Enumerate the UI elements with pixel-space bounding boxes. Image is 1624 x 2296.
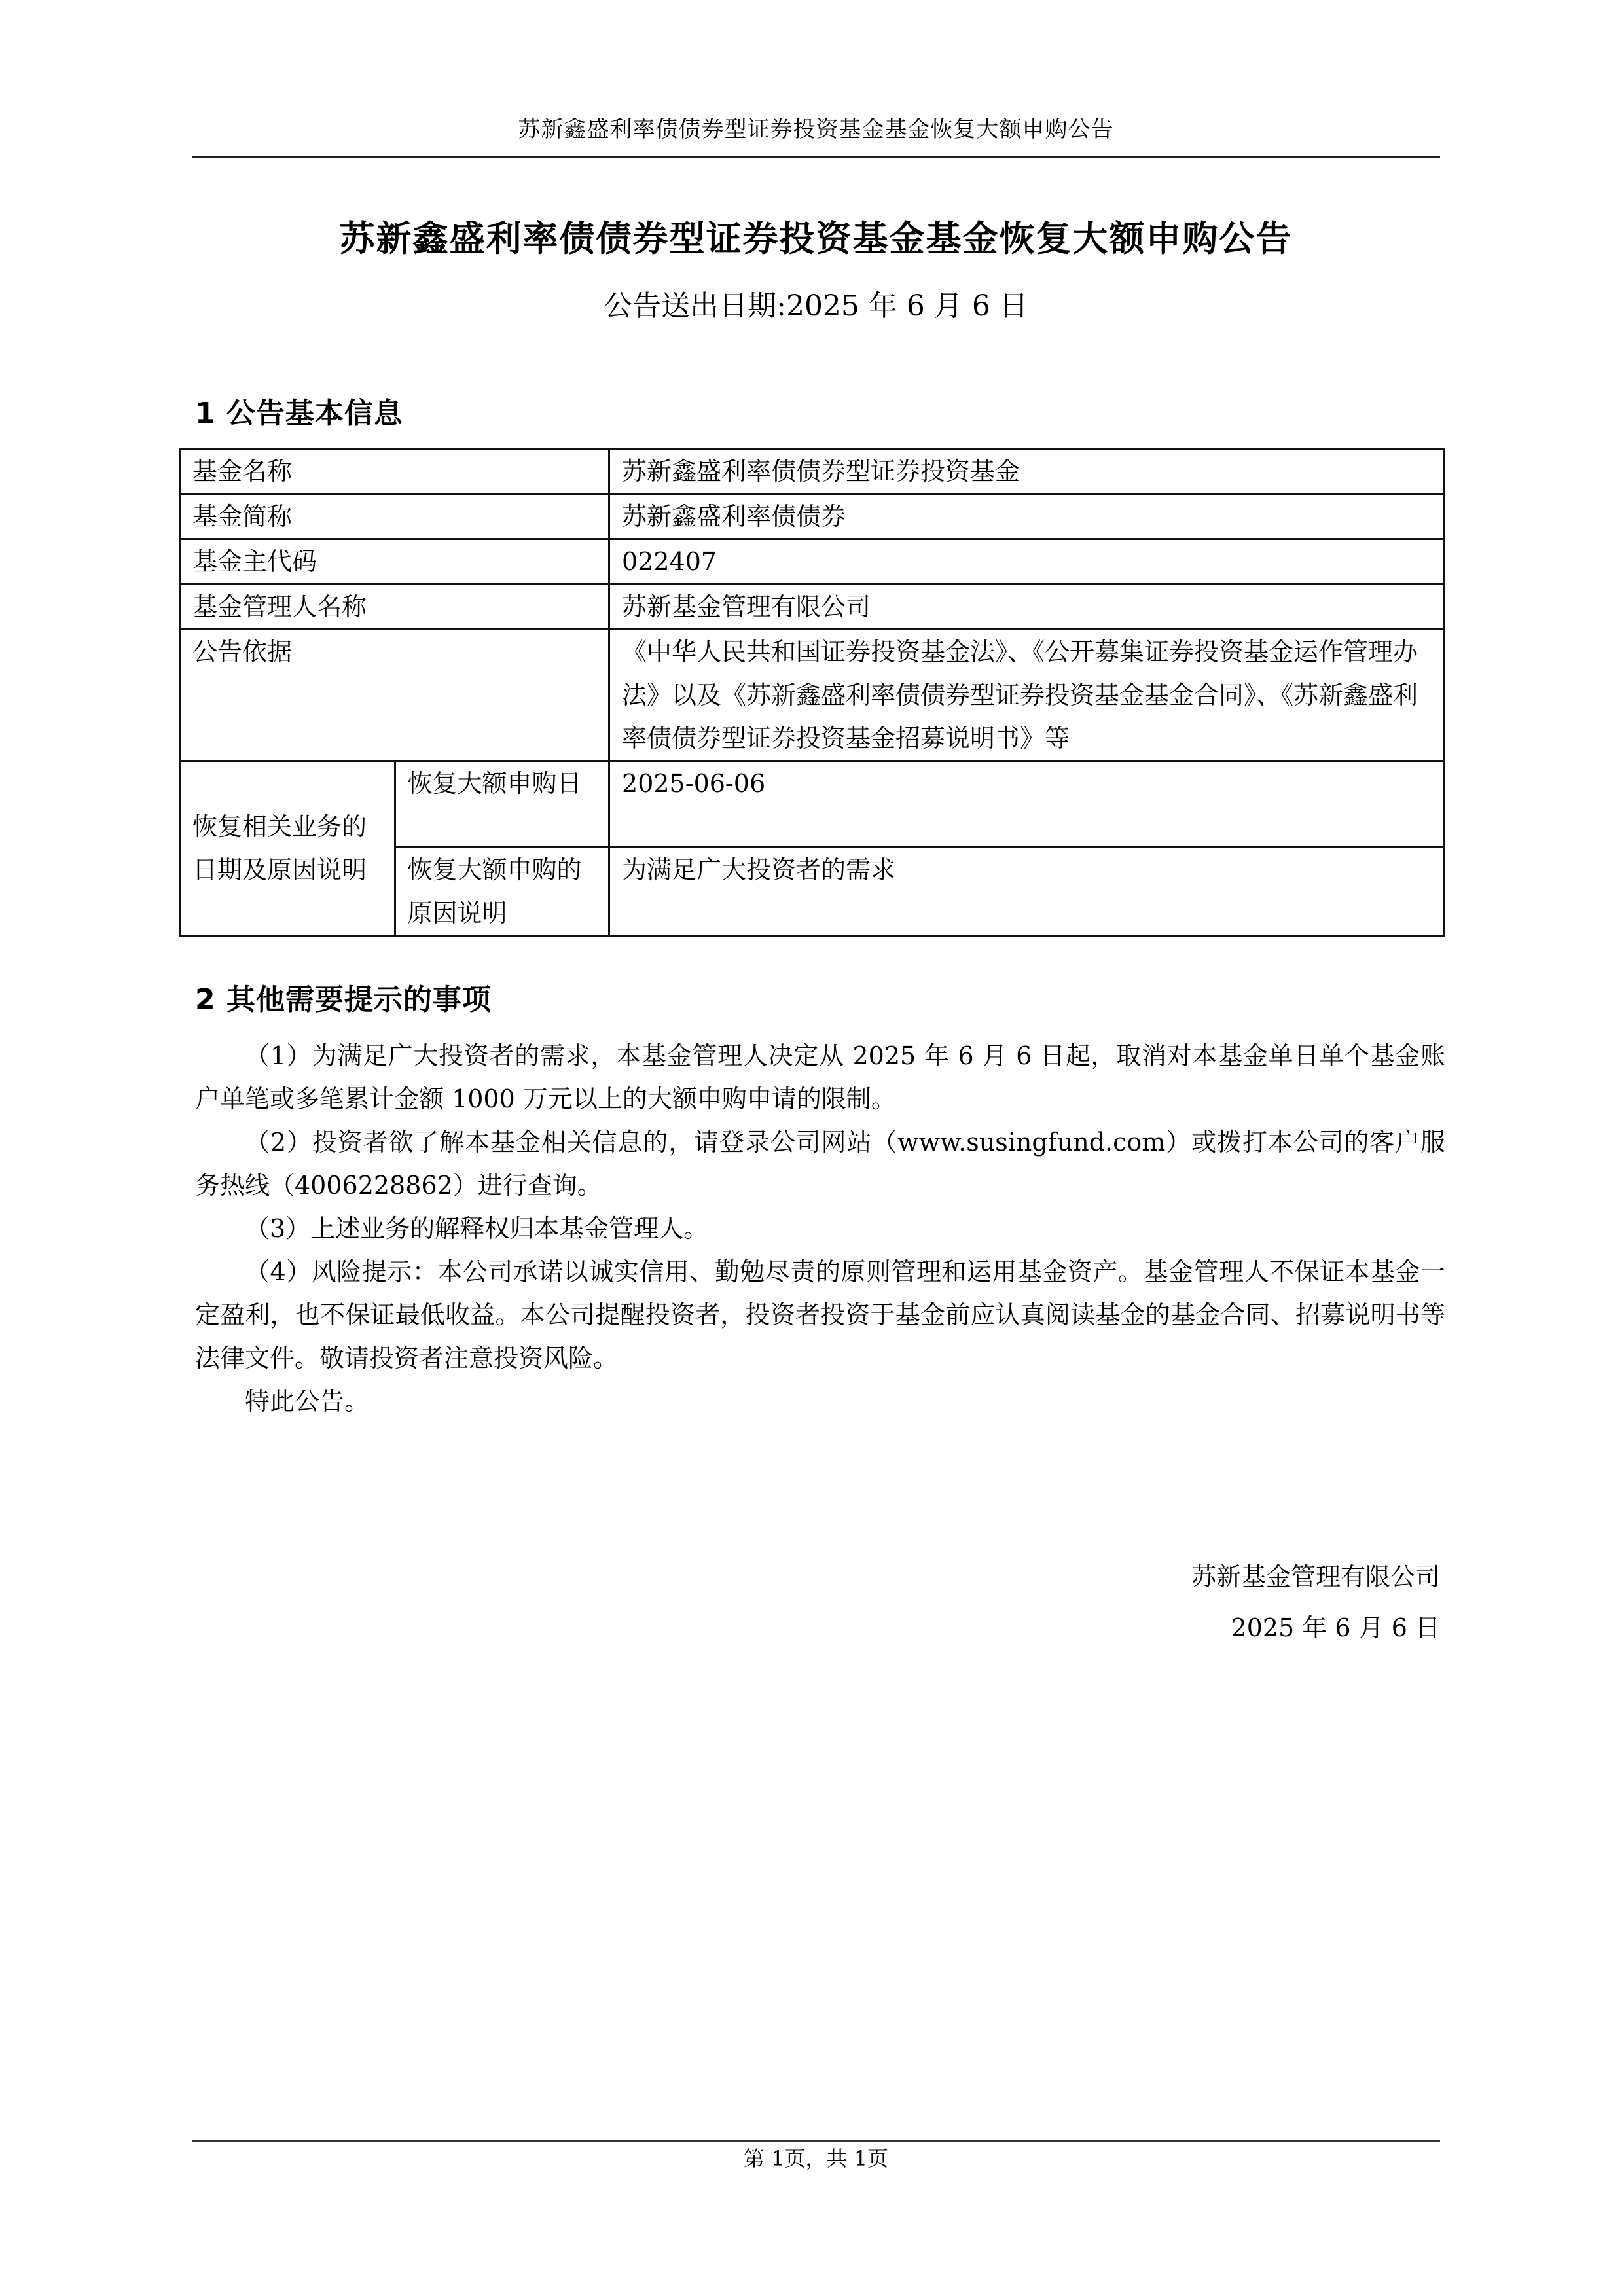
- subrow-value: 为满足广大投资者的需求: [609, 848, 1445, 936]
- running-header: 苏新鑫盛利率债债券型证券投资基金基金恢复大额申购公告: [192, 115, 1440, 144]
- notice-paragraph-3: （3）上述业务的解释权归本基金管理人。: [195, 1207, 1445, 1250]
- row-value: 022407: [609, 539, 1445, 584]
- basic-info-table: 基金名称 苏新鑫盛利率债债券型证券投资基金 基金简称 苏新鑫盛利率债债券 基金主…: [179, 448, 1445, 937]
- table-row: 基金简称 苏新鑫盛利率债债券: [180, 494, 1445, 539]
- page-indicator: 第 1页，共 1页: [192, 2144, 1440, 2173]
- group-label: 恢复相关业务的日期及原因说明: [180, 761, 395, 936]
- row-value: 苏新基金管理有限公司: [609, 584, 1445, 630]
- table-row: 基金管理人名称 苏新基金管理有限公司: [180, 584, 1445, 630]
- signoff-date: 2025 年 6 月 6 日: [1231, 1606, 1440, 1649]
- notice-paragraph-4: （4）风险提示：本公司承诺以诚实信用、勤勉尽责的原则管理和运用基金资产。基金管理…: [195, 1250, 1445, 1380]
- row-value: 《中华人民共和国证券投资基金法》、《公开募集证券投资基金运作管理办法》以及《苏新…: [609, 630, 1445, 761]
- subrow-label: 恢复大额申购日: [395, 761, 609, 848]
- table-row: 恢复相关业务的日期及原因说明 恢复大额申购日 2025-06-06: [180, 761, 1445, 848]
- announcement-date: 公告送出日期:2025 年 6 月 6 日: [192, 288, 1440, 325]
- row-label: 公告依据: [180, 630, 609, 761]
- row-value: 苏新鑫盛利率债债券: [609, 494, 1445, 539]
- row-label: 基金管理人名称: [180, 584, 609, 630]
- section-2-heading: 2 其他需要提示的事项: [195, 982, 492, 1018]
- row-label: 基金主代码: [180, 539, 609, 584]
- document-title: 苏新鑫盛利率债债券型证券投资基金基金恢复大额申购公告: [192, 216, 1440, 262]
- footer-divider: [192, 2140, 1440, 2142]
- header-divider: [192, 156, 1440, 158]
- signoff-company: 苏新基金管理有限公司: [1191, 1555, 1440, 1598]
- table-row: 基金名称 苏新鑫盛利率债债券型证券投资基金: [180, 449, 1445, 494]
- row-label: 基金简称: [180, 494, 609, 539]
- row-value: 苏新鑫盛利率债债券型证券投资基金: [609, 449, 1445, 494]
- closing-statement: 特此公告。: [195, 1380, 1445, 1423]
- row-label: 基金名称: [180, 449, 609, 494]
- subrow-label: 恢复大额申购的原因说明: [395, 848, 609, 936]
- table-row: 基金主代码 022407: [180, 539, 1445, 584]
- notice-paragraph-1: （1）为满足广大投资者的需求，本基金管理人决定从 2025 年 6 月 6 日起…: [195, 1034, 1445, 1121]
- section-1-heading: 1 公告基本信息: [195, 395, 403, 432]
- notice-paragraph-2: （2）投资者欲了解本基金相关信息的，请登录公司网站（www.susingfund…: [195, 1121, 1445, 1207]
- subrow-value: 2025-06-06: [609, 761, 1445, 848]
- table-row: 公告依据 《中华人民共和国证券投资基金法》、《公开募集证券投资基金运作管理办法》…: [180, 630, 1445, 761]
